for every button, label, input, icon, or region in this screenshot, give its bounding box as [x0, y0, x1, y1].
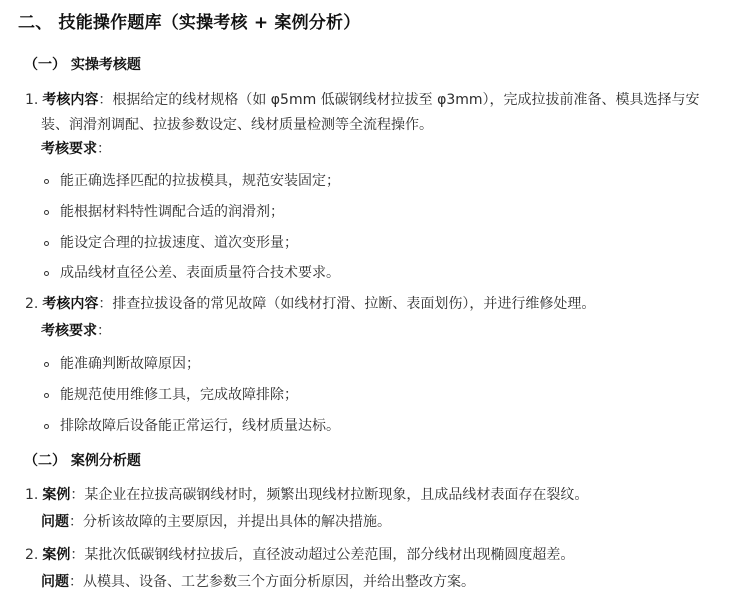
- requirement-item: 能设定合理的拉拔速度、道次变形量；: [60, 233, 298, 253]
- bullet-icon: [44, 271, 49, 276]
- subsection-heading-practical: （一） 实操考核题: [24, 54, 141, 74]
- requirement-item: 排除故障后设备能正常运行，线材质量达标。: [60, 416, 340, 436]
- list-number: 2.: [25, 547, 38, 563]
- exam-content-text: 排查拉拔设备的常见故障（如线材打滑、拉断、表面划伤），并进行维修处理。: [112, 296, 595, 312]
- practical-item-1-req: 考核要求：: [41, 139, 111, 159]
- question-label: 问题: [41, 574, 69, 590]
- requirement-item: 成品线材直径公差、表面质量符合技术要求。: [60, 263, 340, 283]
- exam-content-text: 根据给定的线材规格（如 φ5mm 低碳钢线材拉拔至 φ3mm），完成拉拔前准备、…: [112, 92, 699, 108]
- section-title: 二、 技能操作题库（实操考核 + 案例分析）: [18, 8, 360, 33]
- practical-item-1-line1: 1.考核内容：根据给定的线材规格（如 φ5mm 低碳钢线材拉拔至 φ3mm），完…: [25, 90, 700, 110]
- bullet-icon: [44, 393, 49, 398]
- practical-item-2-line1: 2.考核内容：排查拉拔设备的常见故障（如线材打滑、拉断、表面划伤），并进行维修处…: [25, 294, 595, 314]
- bullet-icon: [44, 241, 49, 246]
- case-item-1-question: 问题：分析该故障的主要原因，并提出具体的解决措施。: [41, 512, 391, 532]
- question-label: 问题: [41, 514, 69, 530]
- case-item-1: 1.案例：某企业在拉拔高碳钢线材时，频繁出现线材拉断现象，且成品线材表面存在裂纹…: [25, 485, 588, 505]
- case-item-2-question: 问题：从模具、设备、工艺参数三个方面分析原因，并给出整改方案。: [41, 572, 475, 592]
- list-number: 1.: [25, 92, 38, 108]
- requirements-label: 考核要求: [41, 141, 97, 157]
- bullet-icon: [44, 210, 49, 215]
- requirement-item: 能正确选择匹配的拉拔模具，规范安装固定；: [60, 171, 340, 191]
- requirement-item: 能规范使用维修工具，完成故障排除；: [60, 385, 298, 405]
- practical-item-2-req: 考核要求：: [41, 321, 111, 341]
- requirements-label: 考核要求: [41, 323, 97, 339]
- case-item-2: 2.案例：某批次低碳钢线材拉拔后，直径波动超过公差范围，部分线材出现椭圆度超差。: [25, 545, 574, 565]
- case-text: 某企业在拉拔高碳钢线材时，频繁出现线材拉断现象，且成品线材表面存在裂纹。: [84, 487, 588, 503]
- bullet-icon: [44, 179, 49, 184]
- list-number: 2.: [25, 296, 38, 312]
- case-text: 某批次低碳钢线材拉拔后，直径波动超过公差范围，部分线材出现椭圆度超差。: [84, 547, 574, 563]
- case-label: 案例: [42, 547, 70, 563]
- list-number: 1.: [25, 487, 38, 503]
- bullet-icon: [44, 362, 49, 367]
- question-text: 从模具、设备、工艺参数三个方面分析原因，并给出整改方案。: [83, 574, 475, 590]
- exam-content-label: 考核内容: [42, 296, 98, 312]
- practical-item-1-line2: 装、润滑剂调配、拉拔参数设定、线材质量检测等全流程操作。: [41, 115, 433, 135]
- bullet-icon: [44, 424, 49, 429]
- question-text: 分析该故障的主要原因，并提出具体的解决措施。: [83, 514, 391, 530]
- requirement-item: 能根据材料特性调配合适的润滑剂；: [60, 202, 284, 222]
- requirement-item: 能准确判断故障原因；: [60, 354, 200, 374]
- case-label: 案例: [42, 487, 70, 503]
- subsection-heading-cases: （二） 案例分析题: [24, 450, 141, 470]
- exam-content-label: 考核内容: [42, 92, 98, 108]
